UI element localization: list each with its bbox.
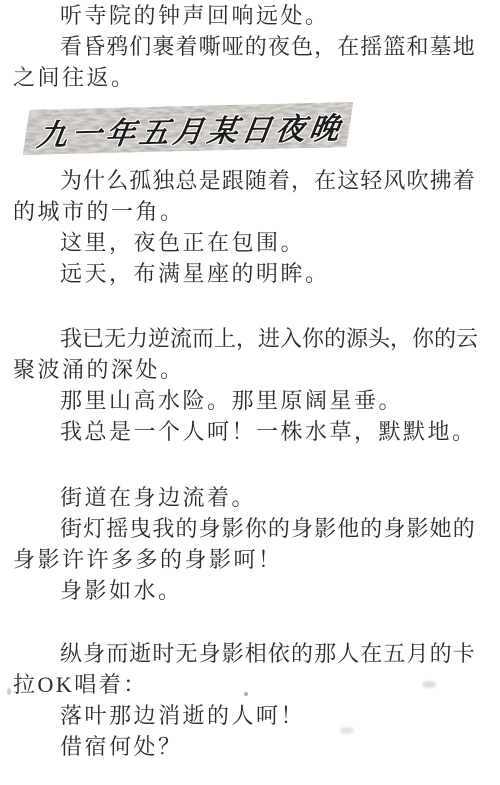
poem-line: 落叶那边消逝的人呵！ (0, 700, 500, 731)
poem-line: 拉OK唱着： (0, 669, 500, 700)
poem-line: 我已无力逆流而上，进入你的源头，你的云 (0, 323, 500, 354)
book-page: 听寺院的钟声回响远处。 看昏鸦们裹着嘶哑的夜色，在摇篮和墓地 之间往返。 九一年… (0, 0, 500, 785)
section-title: 九一年五月某日夜晚 (23, 102, 354, 155)
stanza-4: 纵身而逝时无身影相依的那人在五月的卡 拉OK唱着： 落叶那边消逝的人呵！ 借宿何… (0, 638, 500, 762)
poem-line: 身影许许多多的身影呵！ (0, 544, 500, 575)
poem-line: 街道在身边流着。 (0, 482, 500, 513)
stanza-2: 我已无力逆流而上，进入你的源头，你的云 聚波涌的深处。 那里山高水险。那里原阔星… (0, 323, 500, 447)
poem-line: 街灯摇曳我的身影你的身影他的身影她的 (0, 513, 500, 544)
poem-line: 聚波涌的深处。 (0, 354, 500, 385)
poem-line: 为什么孤独总是跟随着，在这轻风吹拂着 (0, 165, 500, 196)
poem-line: 远天，布满星座的明眸。 (0, 258, 500, 289)
poem-line: 看昏鸦们裹着嘶哑的夜色，在摇篮和墓地 (0, 31, 500, 62)
stanza-3: 街道在身边流着。 街灯摇曳我的身影你的身影他的身影她的 身影许许多多的身影呵！ … (0, 482, 500, 606)
poem-line: 之间往返。 (0, 62, 500, 93)
stanza-1: 为什么孤独总是跟随着，在这轻风吹拂着 的城市的一角。 这里，夜色正在包围。 远天… (0, 165, 500, 289)
section-title-banner: 九一年五月某日夜晚 (23, 102, 354, 155)
stanza-intro: 听寺院的钟声回响远处。 看昏鸦们裹着嘶哑的夜色，在摇篮和墓地 之间往返。 (0, 0, 500, 93)
poem-line: 听寺院的钟声回响远处。 (0, 0, 500, 31)
poem-line: 这里，夜色正在包围。 (0, 227, 500, 258)
poem-line: 身影如水。 (0, 575, 500, 606)
poem-line: 借宿何处？ (0, 731, 500, 762)
poem-line: 的城市的一角。 (0, 196, 500, 227)
poem-line: 我总是一个人呵！一株水草，默默地。 (0, 416, 500, 447)
poem-line: 纵身而逝时无身影相依的那人在五月的卡 (0, 638, 500, 669)
poem-line: 那里山高水险。那里原阔星垂。 (0, 385, 500, 416)
